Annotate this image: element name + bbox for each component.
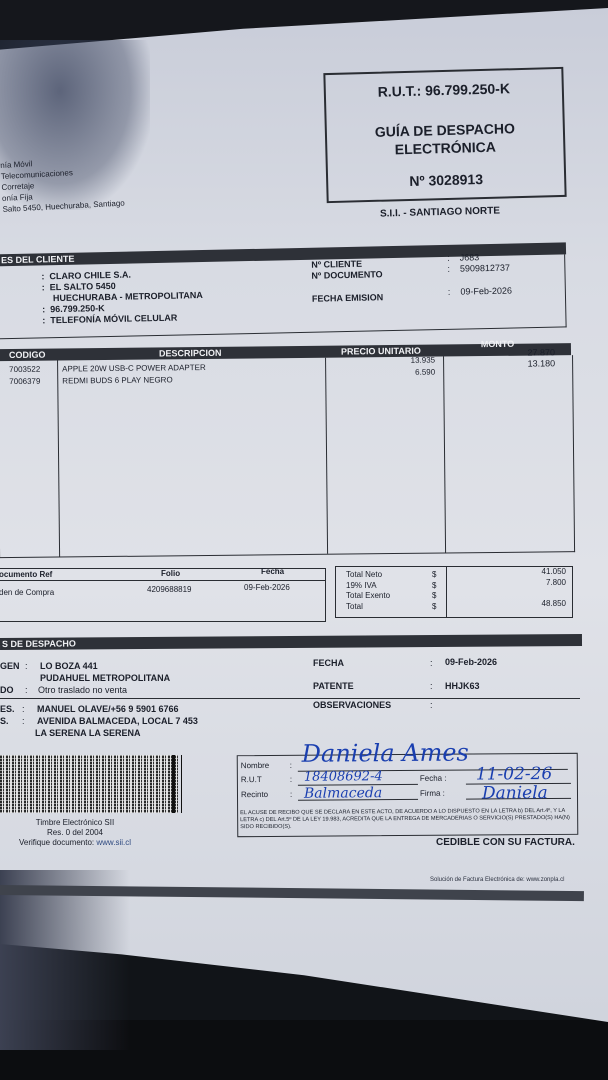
receipt-rut-label: R.U.T: [241, 775, 262, 784]
notes-label: OBSERVACIONES: [313, 700, 391, 710]
contact-label: ES.: [0, 704, 15, 714]
item-code: 7003522: [9, 365, 40, 374]
cedible-label: CEDIBLE CON SU FACTURA.: [436, 837, 575, 848]
table-row: 7006379: [9, 377, 40, 386]
item-code: 7006379: [9, 377, 40, 386]
receipt-sign-label: Firma :: [420, 789, 445, 798]
ref-col-folio: Folio: [161, 569, 180, 578]
barcode-end-bars: [172, 755, 182, 813]
totals-box: Total Neto 19% IVA Total Exento Total $ …: [335, 566, 573, 618]
currency: $: [432, 602, 436, 613]
receipt-box: Nombre : R.U.T : Recinto : Fecha : Firma…: [237, 753, 579, 837]
receipt-rut-handwritten: 18408692-4: [304, 769, 383, 785]
total-exento: [486, 588, 566, 599]
receipt-date-handwritten: 11-02-26: [476, 764, 553, 785]
stamp-resolution: Res. 0 del 2004: [0, 828, 150, 838]
item-unit-price: 13.935: [379, 356, 435, 366]
destination-city: LA SERENA LA SERENA: [35, 728, 141, 738]
receipt-site-label: Recinto: [241, 790, 268, 799]
table-row: 7003522: [9, 365, 40, 374]
ref-doc: den de Compra: [0, 588, 54, 597]
destination-address: AVENIDA BALMACEDA, LOCAL 7 453: [37, 716, 198, 726]
origin-commune: PUDAHUEL METROPOLITANA: [40, 673, 170, 683]
divider: [0, 698, 580, 699]
ref-folio: 4209688819: [147, 585, 192, 594]
plate: HHJK63: [445, 681, 480, 691]
solution-credit: Solución de Factura Electrónica de: www.…: [430, 877, 564, 883]
item-unit-price: 6.590: [379, 368, 435, 378]
signature: Daniela: [482, 783, 548, 803]
receipt-name-label: Nombre: [241, 761, 270, 770]
total-amount: 48.850: [486, 599, 566, 610]
reference-box: ocumento Ref Folio Fecha den de Compra 4…: [0, 568, 326, 622]
dispatch-date-label: FECHA: [313, 658, 344, 668]
receipt-date-label: Fecha :: [420, 774, 447, 783]
col-code: CODIGO: [9, 349, 46, 361]
type-label: DO: [0, 685, 14, 695]
destination-label: S.: [0, 716, 9, 726]
stamp-info: Timbre Electrónico SII Res. 0 del 2004 V…: [0, 818, 150, 848]
item-description: REDMI BUDS 6 PLAY NEGRO: [62, 375, 172, 385]
legal-text: EL ACUSE DE RECIBO QUE SE DECLARA EN EST…: [240, 808, 572, 831]
receipt-site-handwritten: Balmaceda: [304, 785, 382, 802]
stamp-verify-label: Verifique documento:: [19, 838, 96, 847]
sii-link[interactable]: www.sii.cl: [96, 838, 131, 847]
total-label: Total: [346, 602, 390, 613]
iva-label: 19% IVA: [346, 581, 390, 592]
divider: [446, 567, 447, 617]
divider: [0, 580, 325, 581]
contact: MANUEL OLAVE/+56 9 5901 6766: [37, 704, 179, 714]
ref-col-doc: ocumento Ref: [0, 570, 52, 579]
plate-label: PATENTE: [313, 681, 354, 691]
stamp-title: Timbre Electrónico SII: [0, 818, 150, 828]
origin-address: LO BOZA 441: [40, 661, 98, 671]
total-exento-label: Total Exento: [346, 591, 390, 602]
currency: $: [432, 570, 436, 581]
items-box: [0, 355, 575, 558]
receipt-name-handwritten: Daniela Ames: [302, 739, 469, 768]
col-description: DESCRIPCION: [159, 347, 222, 360]
ref-date: 09-Feb-2026: [244, 583, 290, 592]
iva-amount: 7.800: [486, 578, 566, 589]
item-description: APPLE 20W USB-C POWER ADAPTER: [62, 363, 206, 374]
ref-col-date: Fecha: [261, 567, 284, 576]
dispatch-date: 09-Feb-2026: [445, 657, 497, 667]
totals-values: 41.050 7.800 48.850: [486, 567, 566, 609]
item-amount: 27.870: [499, 347, 555, 358]
items-table: CODIGO DESCRIPCION PRECIO UNITARIO MONTO…: [0, 0, 608, 1080]
totals-labels: Total Neto 19% IVA Total Exento Total: [346, 570, 390, 612]
origin-label: GEN: [0, 661, 20, 671]
total-neto-label: Total Neto: [346, 570, 390, 581]
currency: $: [432, 581, 436, 592]
item-amount: 13.180: [499, 358, 555, 369]
currency: $: [432, 591, 436, 602]
currency-symbols: $ $ $ $: [432, 570, 436, 612]
total-neto: 41.050: [486, 567, 566, 578]
sii-barcode: [0, 755, 178, 813]
dispatch-type: Otro traslado no venta: [38, 685, 127, 695]
